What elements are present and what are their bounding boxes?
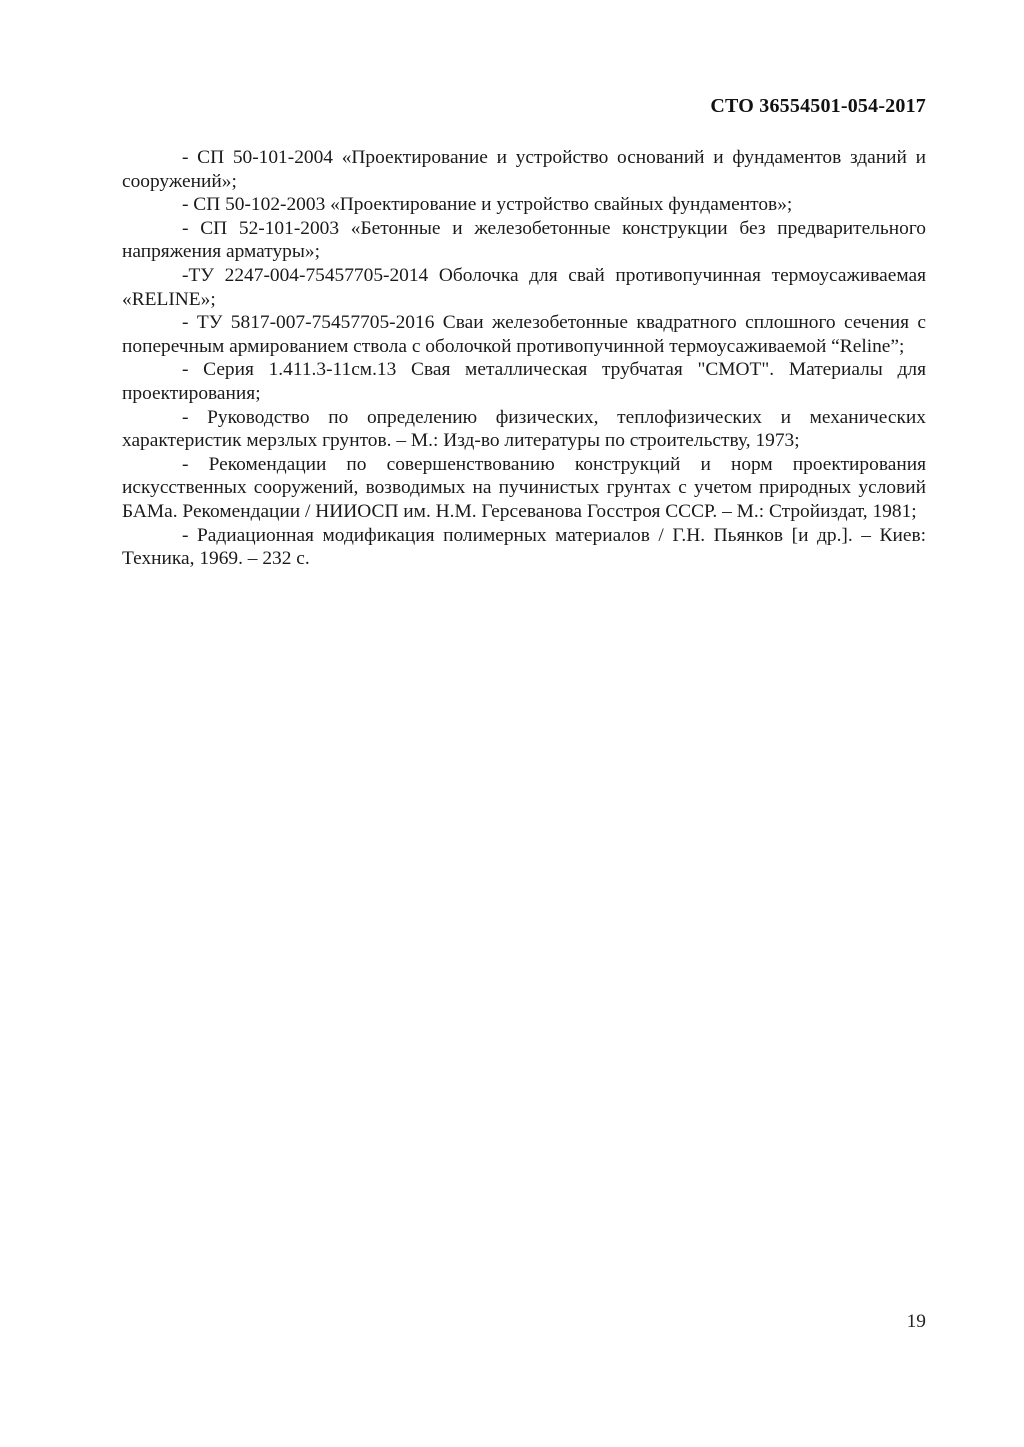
reference-list: - СП 50-101-2004 «Проектирование и устро… <box>122 146 926 571</box>
document-code: СТО 36554501-054-2017 <box>710 95 926 118</box>
reference-item: - Серия 1.411.3-11см.13 Свая металлическ… <box>122 358 926 405</box>
reference-item: - ТУ 5817-007-75457705-2016 Сваи железоб… <box>122 311 926 358</box>
reference-item: - СП 52-101-2003 «Бетонные и железобетон… <box>122 217 926 264</box>
reference-item: - Рекомендации по совершенствованию конс… <box>122 453 926 524</box>
reference-item: - СП 50-102-2003 «Проектирование и устро… <box>122 193 926 217</box>
reference-item: - СП 50-101-2004 «Проектирование и устро… <box>122 146 926 193</box>
reference-item: - Руководство по определению физических,… <box>122 406 926 453</box>
page-number: 19 <box>907 1311 926 1333</box>
reference-item: -ТУ 2247-004-75457705-2014 Оболочка для … <box>122 264 926 311</box>
reference-item: - Радиационная модификация полимерных ма… <box>122 524 926 571</box>
